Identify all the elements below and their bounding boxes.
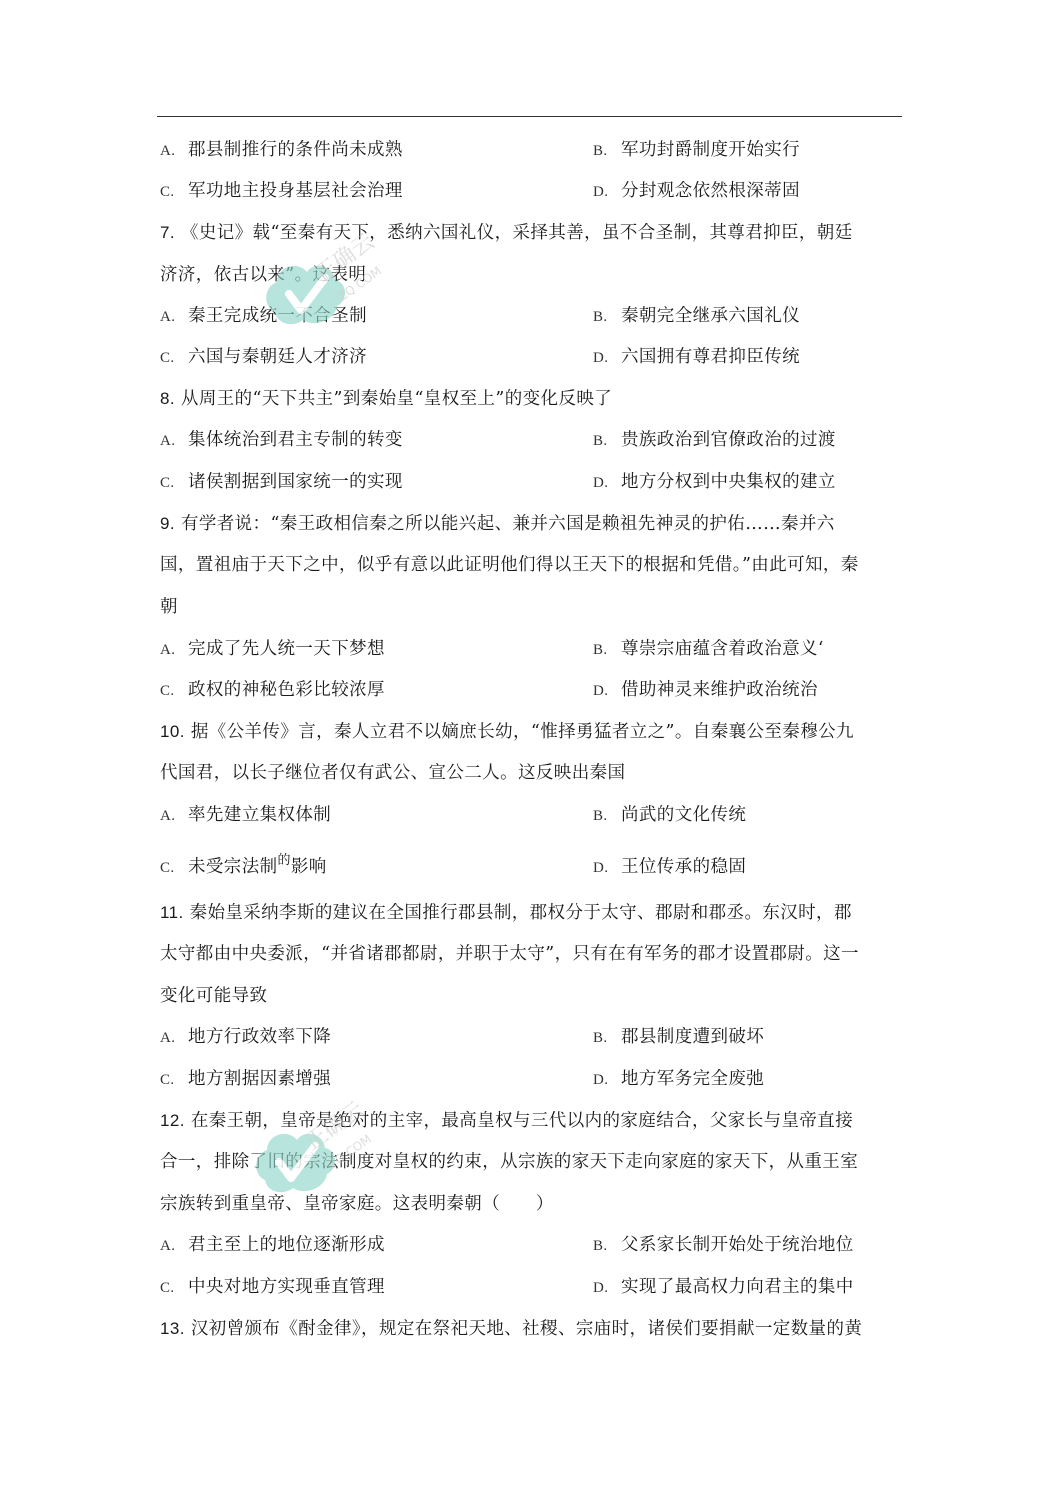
q7-option-d: D.六国拥有尊君抑臣传统 [593, 345, 800, 370]
q9-stem-line-2: 国，置祖庙于天下之中，似乎有意以此证明他们得以王天下的根据和凭借。”由此可知，秦 [160, 553, 859, 577]
option-text: 率先建立集权体制 [188, 805, 331, 825]
option-text: 诸侯割据到国家统一的实现 [188, 472, 403, 492]
option-letter: B. [593, 139, 621, 163]
question-number: 8. [160, 389, 175, 408]
q7-option-a: A.秦王完成统一不合圣制 [160, 304, 367, 329]
option-text-superscript: 的 [278, 853, 291, 868]
option-text: 实现了最高权力向君主的集中 [621, 1277, 854, 1297]
stem-text: 汉初曾颁布《酎金律》，规定在祭祀天地、社稷、宗庙时，诸侯们要捐献一定数量的黄 [191, 1319, 862, 1339]
option-text: 完成了先人统一天下梦想 [188, 639, 385, 659]
question-number: 11. [160, 903, 184, 922]
option-letter: B. [593, 1234, 621, 1258]
q6-option-c: C.军功地主投身基层社会治理 [160, 179, 403, 204]
option-letter: D. [593, 679, 621, 703]
option-text: 王位传承的稳固 [621, 857, 746, 877]
option-letter: B. [593, 305, 621, 329]
q10-option-c: C.未受宗法制的影响 [160, 855, 327, 881]
q13-stem-line-1: 13. 汉初曾颁布《酎金律》，规定在祭祀天地、社稷、宗庙时，诸侯们要捐献一定数量… [160, 1317, 862, 1341]
option-text: 集体统治到君主专制的转变 [188, 430, 403, 450]
q8-option-d: D.地方分权到中央集权的建立 [593, 470, 836, 495]
q8-stem-line-1: 8. 从周王的“天下共主”到秦始皇“皇权至上”的变化反映了 [160, 387, 612, 411]
option-letter: D. [593, 1068, 621, 1092]
q11-option-d: D.地方军务完全废弛 [593, 1067, 764, 1092]
stem-text: 从周王的“天下共主”到秦始皇“皇权至上”的变化反映了 [181, 389, 612, 409]
stem-text: 宗族转到重皇帝、皇帝家庭。这表明秦朝（ ） [160, 1194, 554, 1214]
stem-text: 太守都由中央委派，“并省诸郡都尉，并职于太守”，只有在有军务的郡才设置郡尉。这一 [160, 944, 859, 964]
stem-text: 代国君，以长子继位者仅有武公、宣公二人。这反映出秦国 [160, 763, 625, 783]
stem-text: 变化可能导致 [160, 986, 267, 1006]
q10-option-b: B.尚武的文化传统 [593, 803, 746, 828]
question-number: 12. [160, 1111, 185, 1130]
q8-option-a: A.集体统治到君主专制的转变 [160, 428, 403, 453]
option-text: 尚武的文化传统 [621, 805, 746, 825]
checkmark-cloud-icon: 正确云 ZQ COM [255, 232, 405, 352]
q12-stem-line-1: 12. 在秦王朝，皇帝是绝对的主宰，最高皇权与三代以内的家庭结合，父家长与皇帝直… [160, 1109, 853, 1133]
exam-page: A.郡县制推行的条件尚未成熟 B.军功封爵制度开始实行 C.军功地主投身基层社会… [0, 0, 1058, 1497]
q8-option-c: C.诸侯割据到国家统一的实现 [160, 470, 403, 495]
stem-text: 国，置祖庙于天下之中，似乎有意以此证明他们得以王天下的根据和凭借。”由此可知，秦 [160, 555, 859, 575]
option-letter: B. [593, 804, 621, 828]
option-text: 地方军务完全废弛 [621, 1069, 764, 1089]
q12-option-a: A.君主至上的地位逐渐形成 [160, 1233, 385, 1258]
option-letter: A. [160, 1234, 188, 1258]
option-text: 借助神灵来维护政治统治 [621, 680, 818, 700]
option-text: 分封观念依然根深蒂固 [621, 181, 800, 201]
q9-option-c: C.政权的神秘色彩比较浓厚 [160, 678, 385, 703]
option-letter: C. [160, 679, 188, 703]
q11-option-b: B.郡县制度遭到破坏 [593, 1025, 764, 1050]
option-text: 政权的神秘色彩比较浓厚 [188, 680, 385, 700]
q10-option-d: D.王位传承的稳固 [593, 855, 746, 880]
q7-option-b: B.秦朝完全继承六国礼仪 [593, 304, 800, 329]
q12-option-d: D.实现了最高权力向君主的集中 [593, 1275, 854, 1300]
question-number: 7. [160, 223, 175, 242]
option-text: 军功封爵制度开始实行 [621, 140, 800, 160]
option-text: 地方分权到中央集权的建立 [621, 472, 836, 492]
option-letter: D. [593, 471, 621, 495]
option-letter: C. [160, 471, 188, 495]
option-text: 中央对地方实现垂直管理 [188, 1277, 385, 1297]
stem-text: 在秦王朝，皇帝是绝对的主宰，最高皇权与三代以内的家庭结合，父家长与皇帝直接 [191, 1111, 853, 1131]
q9-option-d: D.借助神灵来维护政治统治 [593, 678, 818, 703]
q12-stem-line-3: 宗族转到重皇帝、皇帝家庭。这表明秦朝（ ） [160, 1192, 554, 1216]
option-letter: A. [160, 305, 188, 329]
watermark-logo: 正确云 ZQ COM [255, 232, 405, 352]
q9-stem-line-3: 朝 [160, 595, 178, 619]
stem-text: 朝 [160, 597, 178, 617]
option-text: 秦朝完全继承六国礼仪 [621, 306, 800, 326]
q11-option-a: A.地方行政效率下降 [160, 1025, 331, 1050]
option-letter: D. [593, 346, 621, 370]
q6-option-b: B.军功封爵制度开始实行 [593, 138, 800, 163]
question-number: 10. [160, 722, 185, 741]
option-letter: B. [593, 638, 621, 662]
q11-stem-line-1: 11. 秦始皇采纳李斯的建议在全国推行郡县制，郡权分于太守、郡尉和郡丞。东汉时，… [160, 901, 852, 925]
option-text: 父系家长制开始处于统治地位 [621, 1235, 854, 1255]
stem-text: 《史记》载“至秦有天下，悉纳六国礼仪，采择其善，虽不合圣制，其尊君抑臣，朝廷 [181, 223, 853, 243]
option-text: 地方割据因素增强 [188, 1069, 331, 1089]
q9-option-b: B.尊崇宗庙蕴含着政治意义‘ [593, 637, 824, 662]
stem-text: 济济，依古以来”。这表明 [160, 265, 366, 285]
q9-option-a: A.完成了先人统一天下梦想 [160, 637, 385, 662]
q11-stem-line-2: 太守都由中央委派，“并省诸郡都尉，并职于太守”，只有在有军务的郡才设置郡尉。这一 [160, 942, 859, 966]
q7-stem-line-1: 7. 《史记》载“至秦有天下，悉纳六国礼仪，采择其善，虽不合圣制，其尊君抑臣，朝… [160, 221, 853, 245]
option-letter: A. [160, 139, 188, 163]
q6-option-a: A.郡县制推行的条件尚未成熟 [160, 138, 403, 163]
option-letter: B. [593, 1026, 621, 1050]
option-letter: D. [593, 180, 621, 204]
option-letter: C. [160, 856, 188, 880]
option-letter: A. [160, 1026, 188, 1050]
option-text: 秦王完成统一不合圣制 [188, 306, 367, 326]
option-letter: C. [160, 1276, 188, 1300]
option-text: 地方行政效率下降 [188, 1027, 331, 1047]
question-number: 9. [160, 514, 175, 533]
stem-text: 有学者说：“秦王政相信秦之所以能兴起、兼并六国是赖祖先神灵的护佑……秦并六 [181, 514, 835, 534]
option-letter: A. [160, 429, 188, 453]
option-text: 郡县制推行的条件尚未成熟 [188, 140, 403, 160]
option-text: 六国与秦朝廷人才济济 [188, 347, 367, 367]
stem-text: 秦始皇采纳李斯的建议在全国推行郡县制，郡权分于太守、郡尉和郡丞。东汉时，郡 [190, 903, 852, 923]
question-number: 13. [160, 1319, 185, 1338]
option-text: 军功地主投身基层社会治理 [188, 181, 403, 201]
q7-stem-line-2: 济济，依古以来”。这表明 [160, 263, 366, 287]
q12-option-b: B.父系家长制开始处于统治地位 [593, 1233, 854, 1258]
q8-option-b: B.贵族政治到官僚政治的过渡 [593, 428, 836, 453]
option-letter: D. [593, 856, 621, 880]
q7-option-c: C.六国与秦朝廷人才济济 [160, 345, 367, 370]
option-text: 六国拥有尊君抑臣传统 [621, 347, 800, 367]
q11-option-c: C.地方割据因素增强 [160, 1067, 331, 1092]
option-text: 贵族政治到官僚政治的过渡 [621, 430, 836, 450]
stem-text: 据《公羊传》言，秦人立君不以嫡庶长幼，“惟择勇猛者立之”。自秦襄公至秦穆公九 [191, 722, 854, 742]
option-text: 影响 [291, 857, 327, 877]
q11-stem-line-3: 变化可能导致 [160, 984, 267, 1008]
option-letter: C. [160, 1068, 188, 1092]
stem-text: 合一，排除了旧的宗法制度对皇权的约束，从宗族的家天下走向家庭的家天下，从重王室 [160, 1152, 858, 1172]
option-letter: D. [593, 1276, 621, 1300]
option-letter: B. [593, 429, 621, 453]
q12-option-c: C.中央对地方实现垂直管理 [160, 1275, 385, 1300]
q6-option-d: D.分封观念依然根深蒂固 [593, 179, 800, 204]
option-letter: A. [160, 804, 188, 828]
q10-stem-line-1: 10. 据《公羊传》言，秦人立君不以嫡庶长幼，“惟择勇猛者立之”。自秦襄公至秦穆… [160, 720, 854, 744]
option-text: 未受宗法制 [188, 857, 278, 877]
header-rule [157, 116, 902, 117]
q10-option-a: A.率先建立集权体制 [160, 803, 331, 828]
option-letter: A. [160, 638, 188, 662]
option-letter: C. [160, 346, 188, 370]
option-text: 郡县制度遭到破坏 [621, 1027, 764, 1047]
option-text: 君主至上的地位逐渐形成 [188, 1235, 385, 1255]
q12-stem-line-2: 合一，排除了旧的宗法制度对皇权的约束，从宗族的家天下走向家庭的家天下，从重王室 [160, 1150, 858, 1174]
q10-stem-line-2: 代国君，以长子继位者仅有武公、宣公二人。这反映出秦国 [160, 761, 625, 785]
option-text: 尊崇宗庙蕴含着政治意义‘ [621, 639, 824, 659]
option-letter: C. [160, 180, 188, 204]
q9-stem-line-1: 9. 有学者说：“秦王政相信秦之所以能兴起、兼并六国是赖祖先神灵的护佑……秦并六 [160, 512, 835, 536]
